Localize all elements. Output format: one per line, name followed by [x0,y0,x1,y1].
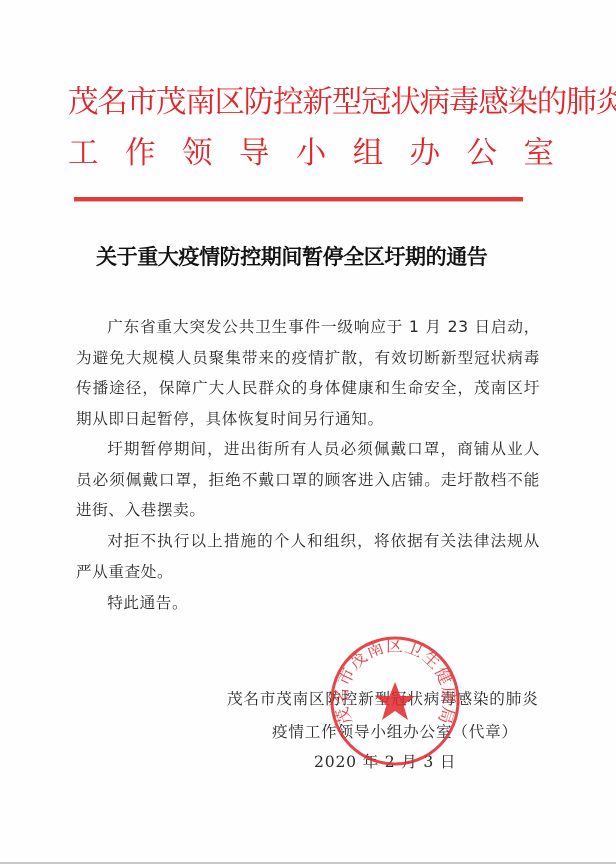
signature-org-line1: 茂名市茂南区防控新型冠状病毒感染的肺炎 [227,687,538,709]
paragraph-text: 对拒不执行以上措施的个人和组织，将依据有关法律法规从严从重查处。 [76,526,540,587]
org-header-char: 导 [239,137,270,171]
org-header-char: 办 [410,137,441,171]
document-page: 茂名市茂南区防控新型冠状病毒感染的肺炎疫情 工 作 领 导 小 组 办 公 室 … [0,0,616,864]
notice-paragraph: 广东省重大突发公共卫生事件一级响应于 1 月 23 日启动，为避免大规模人员聚集… [76,312,540,434]
red-divider [74,197,523,202]
paragraph-text: 圩期暂停期间，进出街所有人员必须佩戴口罩，商铺从业人员必须佩戴口罩，拒绝不戴口罩… [76,434,540,526]
org-header-char: 公 [467,137,498,171]
org-header-char: 组 [353,137,384,171]
signature-date: 2020 年 2 月 3 日 [314,750,456,772]
paragraph-text: 特此通告。 [76,588,540,619]
org-header-line1: 茂名市茂南区防控新型冠状病毒感染的肺炎疫情 [68,86,554,120]
org-header-char: 小 [296,137,327,171]
notice-paragraph: 特此通告。 [76,588,540,619]
notice-paragraph: 对拒不执行以上措施的个人和组织，将依据有关法律法规从严从重查处。 [76,526,540,587]
notice-paragraph: 圩期暂停期间，进出街所有人员必须佩戴口罩，商铺从业人员必须佩戴口罩，拒绝不戴口罩… [76,434,540,526]
org-header-char: 领 [182,137,213,171]
org-header-char: 作 [125,137,156,171]
org-header-char: 室 [524,137,555,171]
seal-text: 茂名市茂南区卫生健康局 [332,636,459,727]
org-header-char: 工 [68,137,99,171]
svg-text:茂名市茂南区卫生健康局: 茂名市茂南区卫生健康局 [332,636,459,727]
notice-title: 关于重大疫情防控期间暂停全区圩期的通告 [96,243,536,271]
signature-org-line2: 疫情工作领导小组办公室（代章） [272,720,518,742]
org-header-line2: 工 作 领 导 小 组 办 公 室 [68,137,554,171]
paragraph-text: 广东省重大突发公共卫生事件一级响应于 1 月 23 日启动，为避免大规模人员聚集… [76,312,540,434]
